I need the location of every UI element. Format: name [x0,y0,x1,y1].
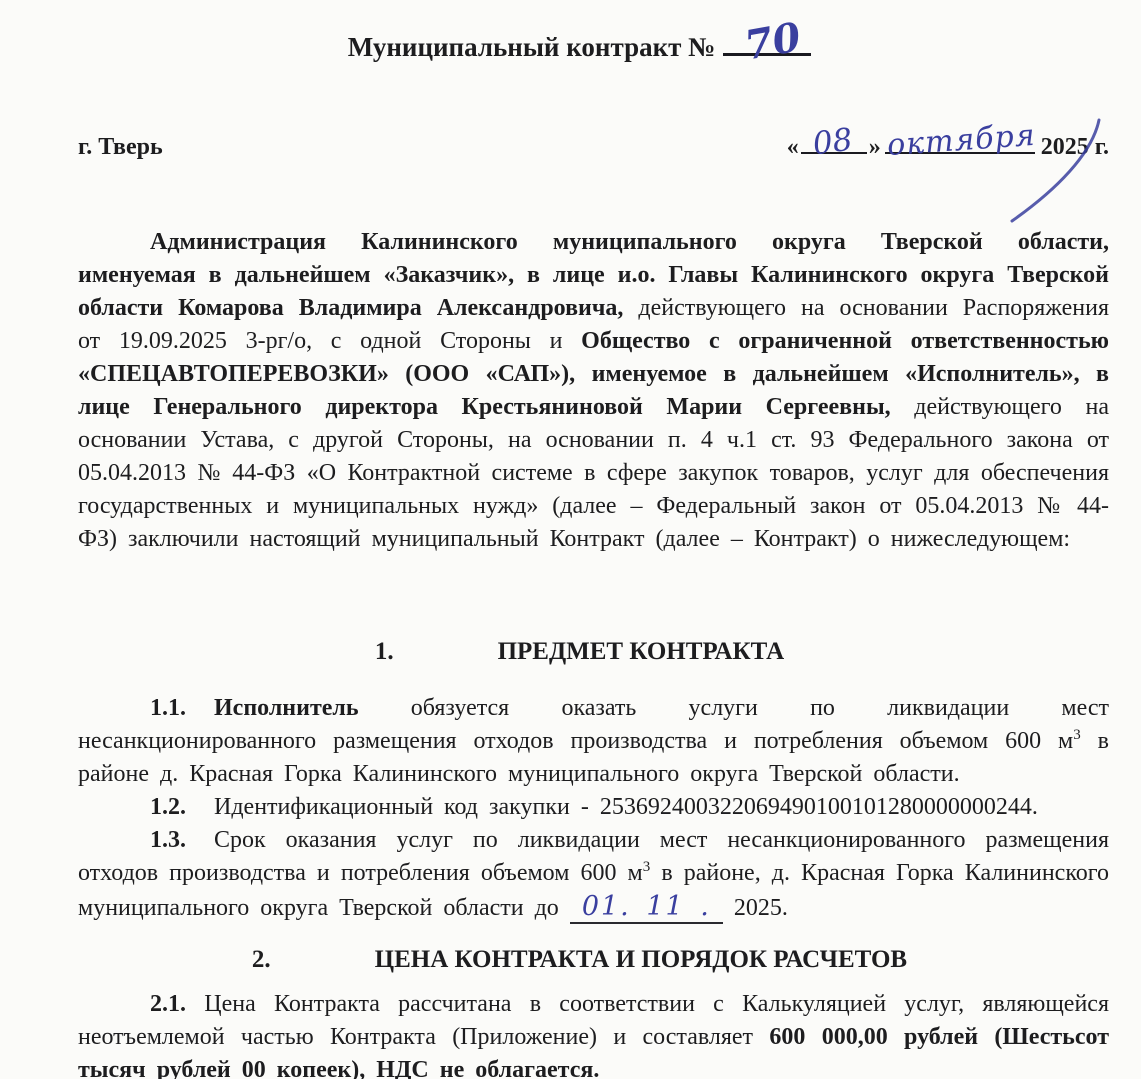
clause-1-3-text-3: 2025. [723,895,788,921]
title-text: Муниципальный контракт № [348,32,716,62]
section-2-number: 2. [252,943,271,976]
city-label: г. Тверь [78,131,163,164]
section-1-number: 1. [375,635,394,668]
contract-number-blank: 70 [723,26,811,56]
handwritten-day: 08 [811,124,854,162]
section-1-title: ПРЕДМЕТ КОНТРАКТА [498,635,785,668]
close-quote: » [869,134,881,160]
open-quote: « [787,134,799,160]
handwritten-deadline-date: 01. 11 . [570,891,723,924]
clause-2-1-number: 2.1. [150,991,186,1017]
section-1-heading: 1.ПРЕДМЕТ КОНТРАКТА [64,635,1095,668]
clause-1-1: 1.1.Исполнитель обязуется оказать услуги… [78,692,1109,791]
handwritten-contract-number: 70 [743,20,804,63]
clause-1-3-number: 1.3. [150,827,186,853]
preamble-paragraph: Администрация Калининского муниципальног… [78,226,1109,591]
clause-1-2-text: Идентификационный код закупки - 25369240… [214,794,1038,820]
handwritten-month: октября [886,119,1037,162]
place-date-row: г. Тверь «08»октября2025 г. [78,126,1109,164]
clause-1-3: 1.3.Срок оказания услуг по ликвидации ме… [78,824,1109,923]
day-blank: 08 [801,126,867,154]
month-blank: октября [885,126,1035,154]
year-label: 2025 г. [1041,134,1109,160]
clause-2-1: 2.1. Цена Контракта рассчитана в соответ… [78,988,1109,1079]
clause-1-1-number: 1.1. [150,695,186,721]
document-title: Муниципальный контракт №70 [64,26,1095,64]
contract-page: Муниципальный контракт №70 г. Тверь «08»… [0,0,1141,1079]
clause-1-2: 1.2.Идентификационный код закупки - 2536… [78,791,1109,824]
section-2-title: ЦЕНА КОНТРАКТА И ПОРЯДОК РАСЧЕТОВ [375,943,907,976]
cubic-meter-superscript-1: 3 [1073,727,1081,743]
contractor-term-bold: Исполнитель [214,695,359,721]
date-field: «08»октября2025 г. [787,126,1109,164]
section-2-heading: 2.ЦЕНА КОНТРАКТА И ПОРЯДОК РАСЧЕТОВ [64,943,1095,976]
clause-1-2-number: 1.2. [150,794,186,820]
